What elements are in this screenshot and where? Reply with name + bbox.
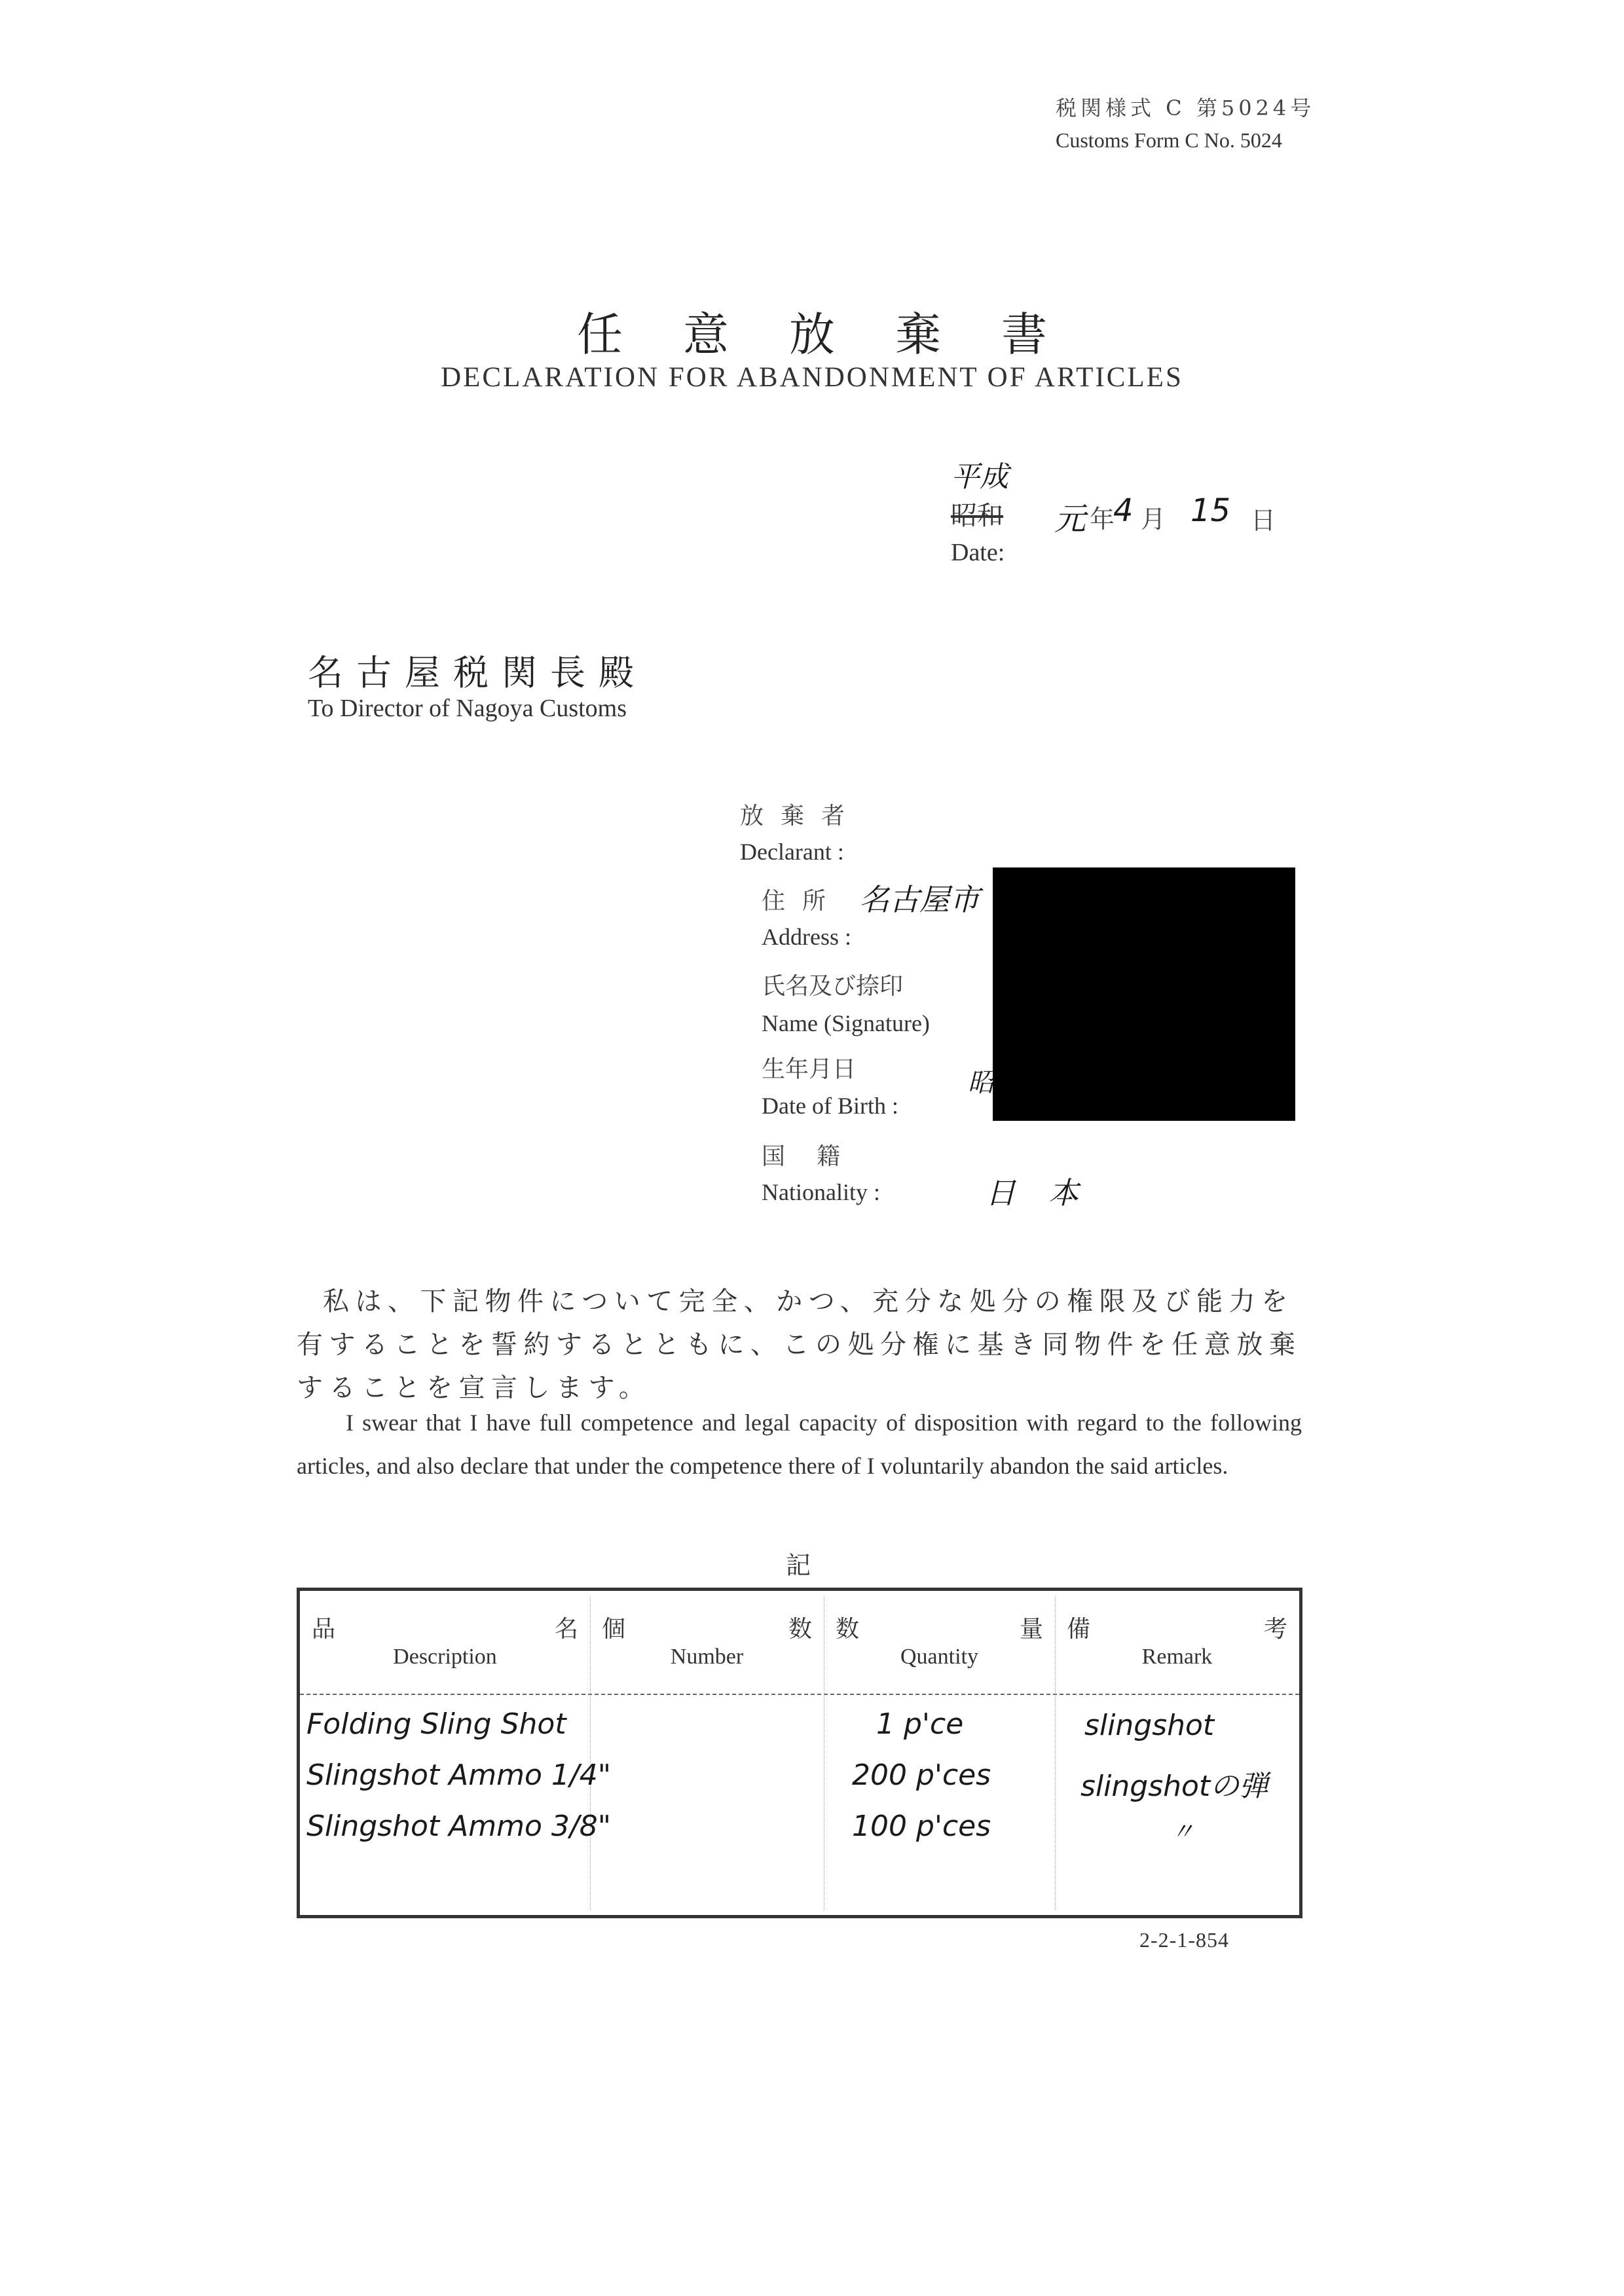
items-table: 品名 Description 個数 Number 数量 Quantity 備考 … (297, 1588, 1302, 1918)
declarant-label-ja: 放棄者 (740, 797, 862, 831)
nationality-label-ja: 国籍 (762, 1138, 872, 1171)
redaction-box (993, 867, 1295, 1121)
header-ja-char: 備 (1067, 1611, 1090, 1644)
date-month-unit: 月 (1141, 499, 1166, 535)
address-value: 名古屋市 (859, 876, 980, 919)
cell-quantity: 100 p'ces (852, 1810, 991, 1843)
header-en: Description (300, 1645, 590, 1669)
header-ja-char: 考 (1264, 1611, 1287, 1644)
header-ja-char: 数 (788, 1611, 812, 1644)
era-handwritten: 平成 (951, 453, 1008, 495)
dob-value: 昭 (968, 1062, 994, 1099)
date-year-unit: 年 (1090, 499, 1115, 535)
date-year: 元 (1054, 494, 1086, 539)
era-printed-struck: 昭和 (951, 495, 1003, 532)
cell-quantity: 200 p'ces (852, 1758, 991, 1792)
address-label-en: Address : (762, 923, 851, 951)
name-label-ja: 氏名及び捺印 (762, 968, 903, 1001)
column-header-quantity: 数量 Quantity (824, 1597, 1055, 1689)
document-code: 2-2-1-854 (1139, 1928, 1229, 1952)
document-title-en: DECLARATION FOR ABANDONMENT OF ARTICLES (0, 361, 1624, 393)
header-ja-char: 数 (836, 1611, 859, 1644)
date-day-unit: 日 (1251, 500, 1276, 536)
column-header-description: 品名 Description (300, 1597, 590, 1689)
header-divider (300, 1694, 1299, 1695)
header-en: Number (590, 1645, 824, 1669)
name-label-en: Name (Signature) (762, 1010, 930, 1037)
address-label-ja: 住所 (762, 883, 843, 916)
header-en: Quantity (824, 1645, 1055, 1669)
cell-remark: slingshot (1084, 1709, 1214, 1742)
cell-description: Folding Sling Shot (306, 1707, 566, 1741)
dob-label-ja: 生年月日 (762, 1051, 856, 1084)
header-ja-char: 名 (555, 1611, 578, 1644)
column-header-number: 個数 Number (590, 1597, 824, 1689)
date-month: 4 (1113, 492, 1134, 529)
dob-label-en: Date of Birth : (762, 1092, 898, 1120)
form-number-en: Customs Form C No. 5024 (1056, 128, 1282, 153)
document-title-ja: 任意放棄書 (0, 298, 1624, 364)
items-heading: 記 (786, 1545, 811, 1581)
addressee-ja: 名古屋税関長殿 (308, 645, 647, 695)
date-day: 15 (1190, 492, 1230, 529)
form-number-ja: 税関様式 C 第5024号 (1056, 92, 1315, 122)
column-header-remark: 備考 Remark (1055, 1597, 1299, 1689)
declarant-label-en: Declarant : (740, 838, 844, 866)
declaration-text-en: I swear that I have full competence and … (297, 1401, 1302, 1487)
header-ja-char: 品 (312, 1611, 335, 1644)
cell-remark: slingshotの弾 (1080, 1762, 1268, 1804)
header-ja-char: 量 (1020, 1611, 1043, 1644)
declaration-text-ja: 私は、下記物件について完全、かつ、充分な処分の権限及び能力を有することを誓約する… (297, 1280, 1305, 1410)
addressee-en: To Director of Nagoya Customs (308, 694, 627, 723)
header-ja-char: 個 (602, 1611, 625, 1644)
nationality-value: 日本 (986, 1169, 1111, 1212)
date-label: Date: (951, 538, 1005, 567)
header-en: Remark (1055, 1645, 1299, 1669)
cell-quantity: 1 p'ce (876, 1707, 963, 1741)
cell-description: Slingshot Ammo 3/8" (306, 1810, 611, 1843)
cell-description: Slingshot Ammo 1/4" (306, 1758, 611, 1792)
cell-remark: 〃 (1171, 1813, 1194, 1847)
nationality-label-en: Nationality : (762, 1178, 880, 1206)
